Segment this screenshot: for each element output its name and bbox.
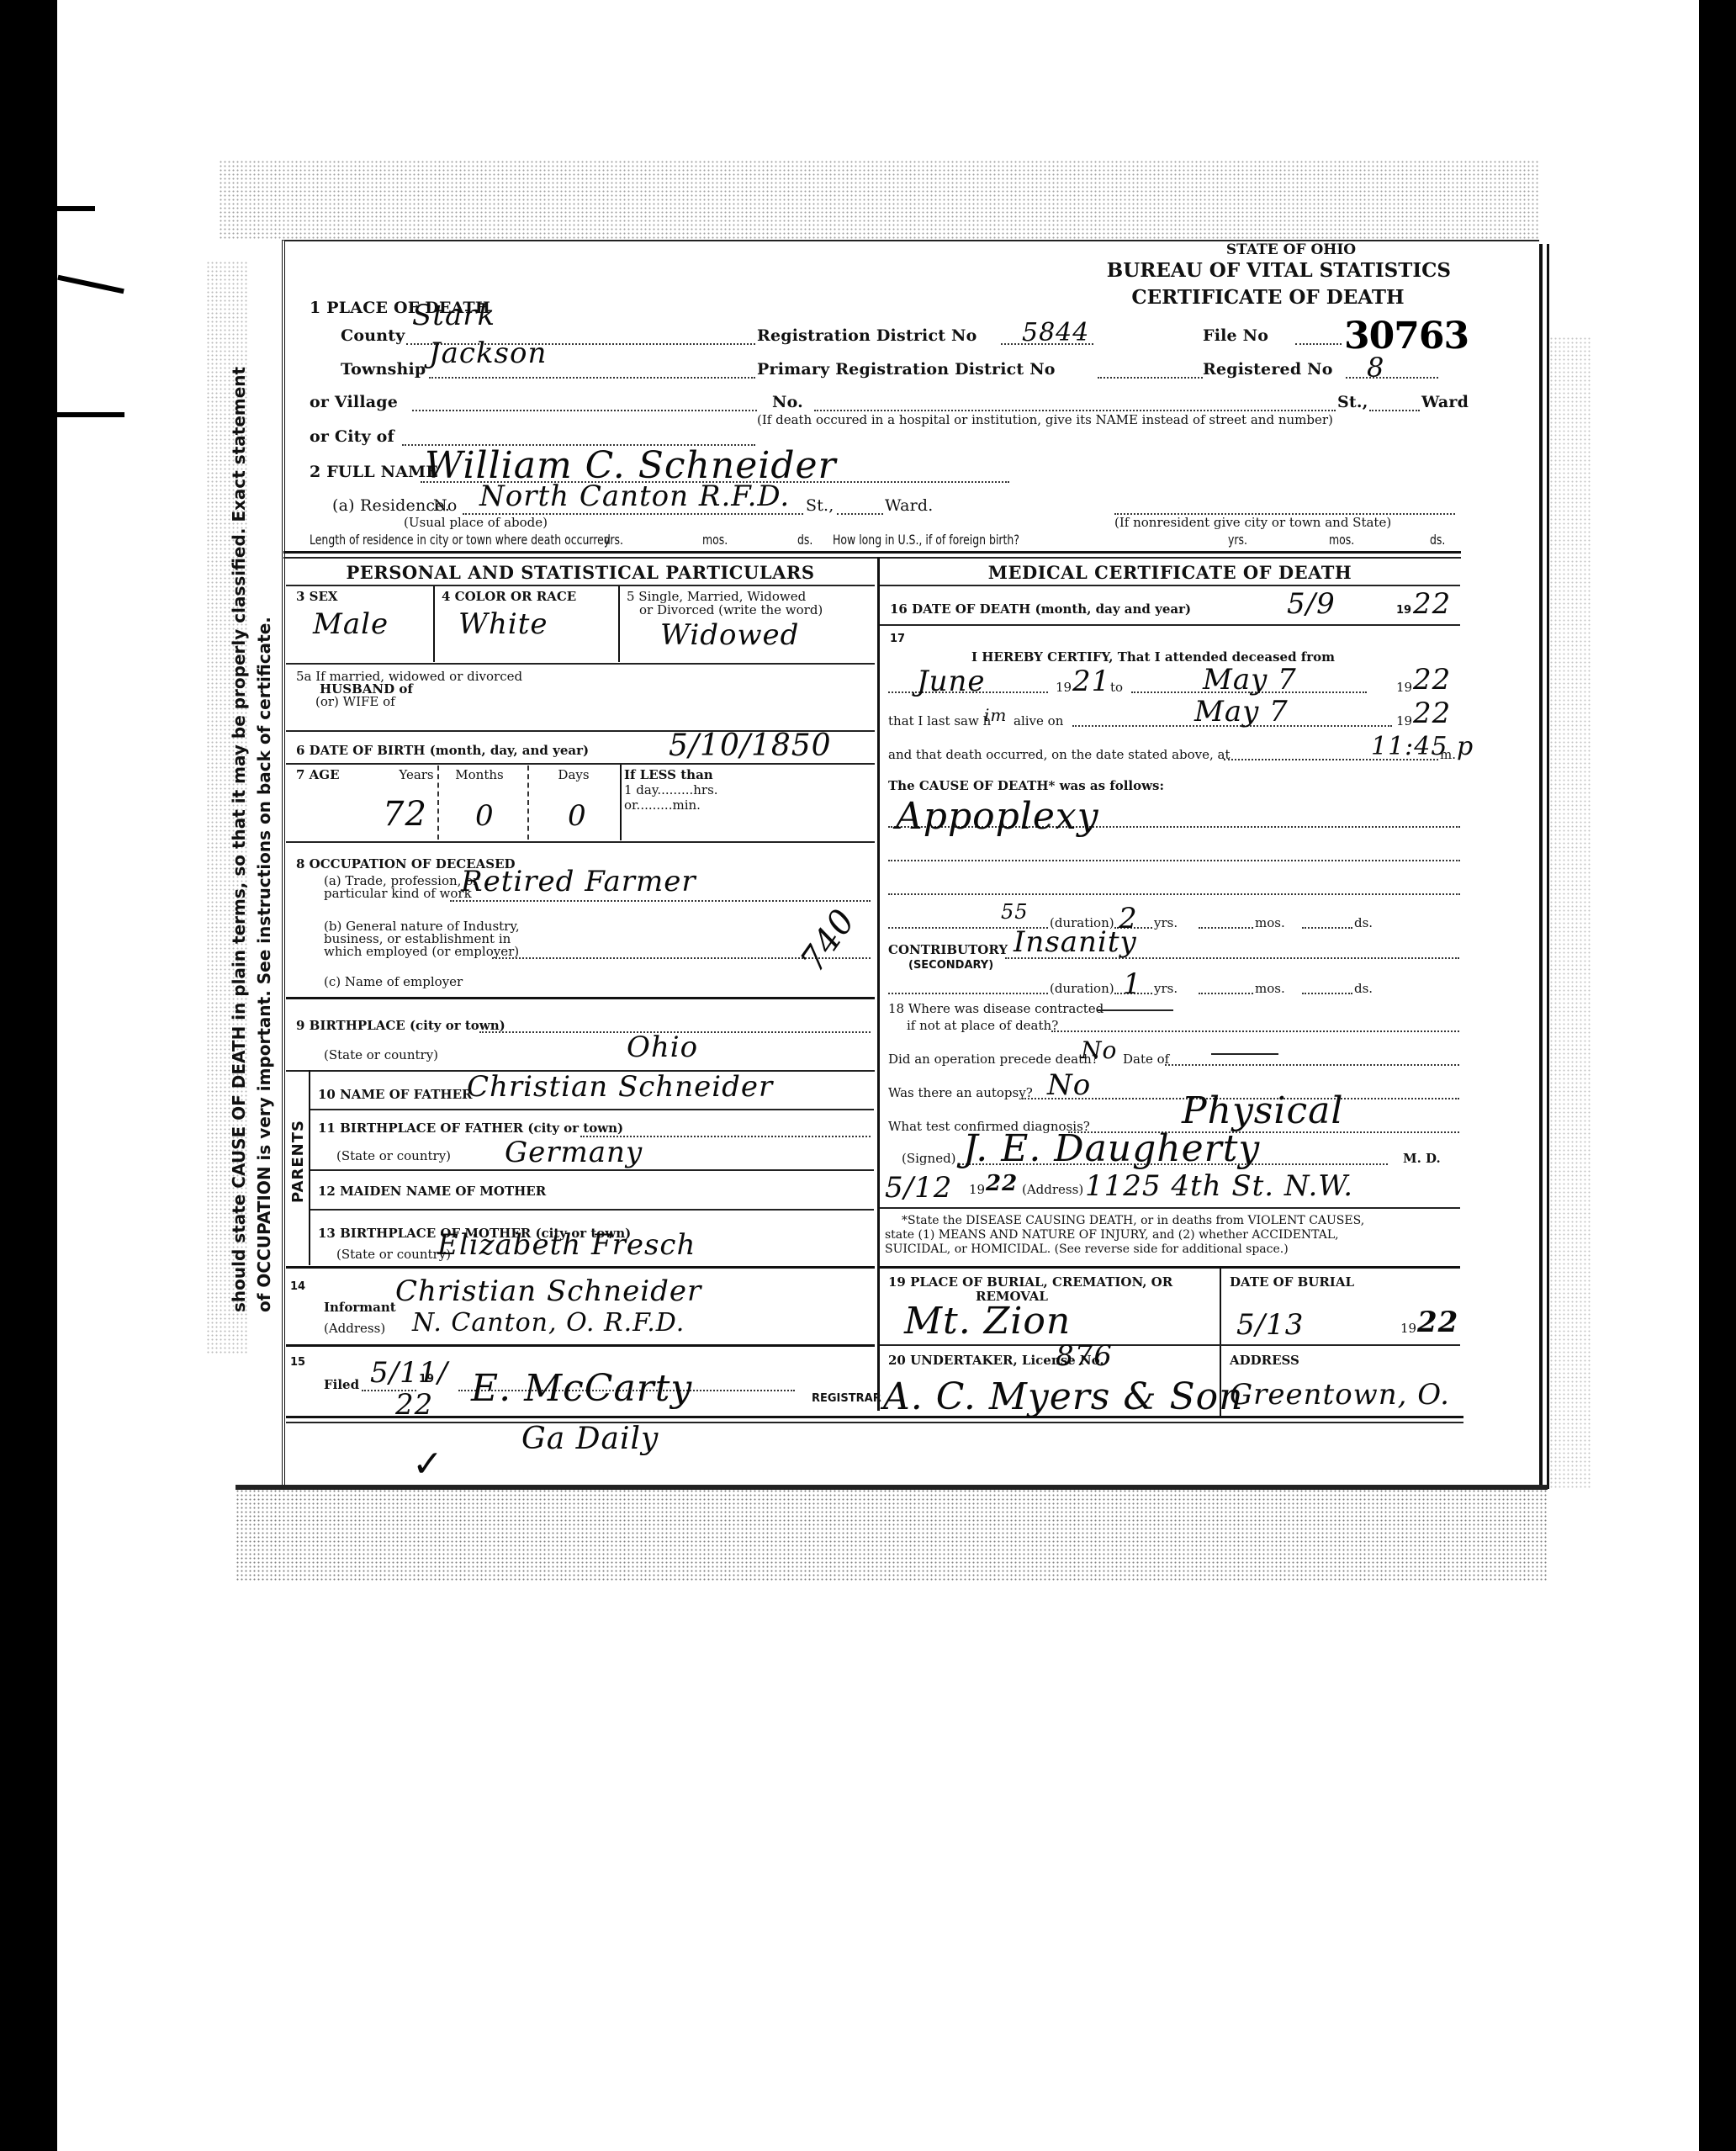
alive-on-label: alive on [1014,713,1063,728]
foreign-birth-label: How long in U.S., if of foreign birth? [833,532,1019,548]
item-17-number: 17 [890,633,905,645]
filed-year-prefix: 19 [419,1373,434,1385]
hospital-note: (If death occured in a hospital or insti… [757,412,1333,427]
last-saw-year: 22 [1413,697,1451,730]
informant-name: Christian Schneider [395,1274,701,1308]
employer-label: (c) Name of employer [324,974,463,989]
death-date-label: 16 DATE OF DEATH (month, day and year) [890,601,1191,617]
informant-address-label: (Address) [324,1321,385,1336]
last-saw-date: May 7 [1194,695,1289,728]
cause-code: 55 [1001,900,1029,924]
age-less-label-1: If LESS than [624,767,713,782]
burial-year: 22 [1417,1306,1458,1339]
md-label: M. D. [1403,1151,1441,1166]
contributory-yrs-label: yrs. [1154,981,1178,996]
spouse-label-3: (or) WIFE of [315,694,395,709]
scan-border-left [0,0,57,2151]
sex-value: Male [313,607,389,641]
burial-date: 5/13 [1236,1308,1304,1342]
filed-date: 5/11/ [370,1356,448,1390]
age-label: 7 AGE [296,767,340,782]
physician-address-label: (Address) [1022,1182,1083,1197]
date-of-label: Date of [1123,1052,1169,1067]
test-confirmed-value: Physical [1182,1089,1343,1132]
footnote-line-2: state (1) MEANS AND NATURE OF INJURY, an… [885,1228,1339,1242]
contributory-duration-yrs: 1 [1123,967,1142,1001]
village-label: or Village [310,393,398,411]
secondary-signature: Ga Daily [521,1422,659,1456]
residence-label: (a) Residence. [332,496,450,515]
signed-label: (Signed) [902,1151,956,1166]
occupation-b-label-3: which employed (or employer) [324,944,519,959]
registrar-signature: E. McCarty [471,1367,692,1410]
place-no-label: No. [772,393,803,411]
physician-signature: J. E. Daugherty [963,1127,1260,1170]
undertaker-name: A. C. Myers & Son [883,1375,1244,1418]
foreign-yrs: yrs. [1228,532,1247,548]
contracted-dash [1098,1009,1173,1011]
primary-registration-label: Primary Registration District No [757,360,1056,379]
foreign-mos: mos. [1329,532,1354,548]
filed-number: 15 [290,1356,305,1369]
column-divider [877,557,880,1411]
length-of-residence-label: Length of residence in city or town wher… [310,532,611,548]
medical-section-title: MEDICAL CERTIFICATE OF DEATH [880,562,1460,583]
signed-year: 22 [986,1171,1018,1196]
file-no-label: File No [1203,326,1268,345]
cause-yrs-label: yrs. [1154,915,1178,930]
residence-no-label: No [433,496,457,515]
edge-mark [57,206,95,211]
to-label: to [1110,680,1123,695]
place-st-label: St., [1337,393,1368,411]
death-year-prefix: 19 [1396,604,1411,617]
undertaker-license: 876 [1056,1339,1113,1373]
burial-date-label: DATE OF BURIAL [1230,1274,1354,1290]
state-heading: STATE OF OHIO [1186,241,1396,258]
foreign-ds: ds. [1430,532,1445,548]
occupation-a-label-2: particular kind of work [324,886,472,901]
burial-place-value: Mt. Zion [904,1300,1071,1343]
nonresident-note: (If nonresident give city or town and St… [1114,515,1391,530]
township-value: Jackson [429,336,547,370]
death-time: 11:45 p [1371,732,1474,761]
physician-address: 1125 4th St. N.W. [1085,1169,1353,1203]
scan-border-right [1699,0,1736,2151]
undertaker-address: Greentown, O. [1230,1378,1450,1412]
attended-to-year-prefix: 19 [1396,680,1412,695]
contributory-mos-label: mos. [1255,981,1285,996]
city-label: or City of [310,427,394,446]
contracted-label-2: if not at place of death? [907,1018,1058,1033]
footnote-line-3: SUICIDAL, or HOMICIDAL. (See reverse sid… [885,1242,1289,1256]
father-name-label: 10 NAME OF FATHER [318,1087,472,1102]
mother-name-written: Elizabeth Fresch [437,1228,696,1262]
attended-from-year: 21 [1072,665,1110,698]
file-number-stamp: 30763 [1344,315,1469,358]
personal-section-title: PERSONAL AND STATISTICAL PARTICULARS [286,562,875,583]
attended-to: May 7 [1203,663,1297,697]
marital-status-label-2: or Divorced (write the word) [639,602,823,617]
margin-instructions-line2: of OCCUPATION is very important. See ins… [254,617,274,1312]
father-name-value: Christian Schneider [467,1070,773,1104]
contributory-label: CONTRIBUTORY [888,942,1008,957]
place-ward-label: Ward [1421,393,1469,411]
contributory-value: Insanity [1014,925,1137,959]
margin-instructions-line1: should state CAUSE OF DEATH in plain ter… [229,367,249,1312]
informant-number: 14 [290,1280,305,1293]
edge-mark [57,275,124,294]
marital-status-value: Widowed [660,618,799,652]
residence-st-label: St., [806,496,834,515]
edge-mark [57,412,124,417]
birthplace-value: Ohio [627,1030,698,1064]
last-saw-pronoun: im [984,705,1007,725]
registration-district-label: Registration District No [757,326,977,345]
residence-ward-label: Ward. [885,496,934,515]
attended-from-year-prefix: 19 [1056,680,1072,695]
sex-label: 3 SEX [296,589,338,604]
cause-of-death-value: Appoplexy [896,795,1099,838]
burial-place-label-1: 19 PLACE OF BURIAL, CREMATION, OR [888,1274,1172,1290]
scan-noise [219,160,1539,240]
death-date-value: 5/9 [1287,587,1336,621]
contracted-label-1: 18 Where was disease contracted [888,1001,1104,1016]
registration-district-value: 5844 [1022,318,1089,347]
race-value: White [458,607,548,641]
parents-side-label: PARENTS [289,1120,307,1203]
registrar-label: REGISTRAR [812,1392,881,1405]
registered-no-value: 8 [1367,352,1384,384]
age-less-label-2: 1 day.........hrs. [624,782,718,797]
footnote-line-1: *State the DISEASE CAUSING DEATH, or in … [902,1214,1364,1227]
certificate-edge [1539,244,1549,1489]
death-time-suffix: m. [1440,747,1456,762]
mother-birthplace-state-label: (State or country) [336,1247,451,1262]
certificate-title: CERTIFICATE OF DEATH [1119,286,1417,309]
township-label: Township [341,360,426,379]
dob-label: 6 DATE OF BIRTH (month, day, and year) [296,743,589,758]
signed-year-prefix: 19 [969,1182,985,1197]
birthplace-state-label: (State or country) [324,1047,438,1062]
father-birthplace-label: 11 BIRTHPLACE OF FATHER (city or town) [318,1121,623,1136]
contributory-ds-label: ds. [1354,981,1373,996]
dob-value: 5/10/1850 [669,728,832,763]
length-ds: ds. [797,532,812,548]
occupation-a-value: Retired Farmer [461,865,696,898]
age-months-label: Months [437,767,521,782]
scan-noise [1549,336,1591,1489]
cause-mos-label: mos. [1255,915,1285,930]
bureau-heading: BUREAU OF VITAL STATISTICS [1081,259,1451,282]
autopsy-value: No [1047,1068,1091,1102]
cause-of-death-label: The CAUSE OF DEATH* was as follows: [888,778,1164,793]
death-time-label: and that death occurred, on the date sta… [888,747,1231,762]
last-saw-year-prefix: 19 [1396,713,1412,728]
secondary-label: (SECONDARY) [908,959,993,972]
last-saw-label: that I last saw h [888,713,991,728]
informant-address: N. Canton, O. R.F.D. [412,1308,685,1338]
age-months-value: 0 [475,799,495,833]
age-days-label: Days [527,767,620,782]
cause-ds-label: ds. [1354,915,1373,930]
father-birthplace-state-label: (State or country) [336,1148,451,1163]
birthplace-label: 9 BIRTHPLACE (city or town) [296,1018,505,1033]
operation-label: Did an operation precede death? [888,1052,1098,1067]
operation-value: No [1081,1036,1117,1064]
informant-label: Informant [324,1300,396,1315]
mother-maiden-name-label: 12 MAIDEN NAME OF MOTHER [318,1184,546,1199]
filed-label: Filed [324,1377,359,1392]
contributory-duration-label: (duration) [1050,981,1114,996]
age-less-label-3: or.........min. [624,797,701,813]
attended-from: June [917,665,986,698]
death-year: 22 [1413,587,1451,621]
race-label: 4 COLOR OR RACE [442,589,576,604]
residence-value: North Canton R.F.D. [479,479,790,513]
check-mark: ✓ [412,1443,444,1486]
signed-date: 5/12 [885,1171,952,1205]
full-name-label: 2 FULL NAME [310,463,438,481]
burial-year-prefix: 19 [1400,1321,1416,1336]
scan-noise [236,1489,1548,1581]
length-mos: mos. [702,532,728,548]
registered-no-label: Registered No [1203,360,1333,379]
county-label: County [341,326,405,345]
age-days-value: 0 [568,799,587,833]
father-birthplace-value: Germany [505,1136,643,1169]
undertaker-address-label: ADDRESS [1230,1353,1299,1368]
attended-to-year: 22 [1413,663,1451,697]
autopsy-label: Was there an autopsy? [888,1085,1033,1100]
age-years-value: 72 [383,795,427,834]
length-yrs: yrs. [604,532,623,548]
county-value: Stark [412,299,495,332]
abode-note: (Usual place of abode) [404,515,548,530]
